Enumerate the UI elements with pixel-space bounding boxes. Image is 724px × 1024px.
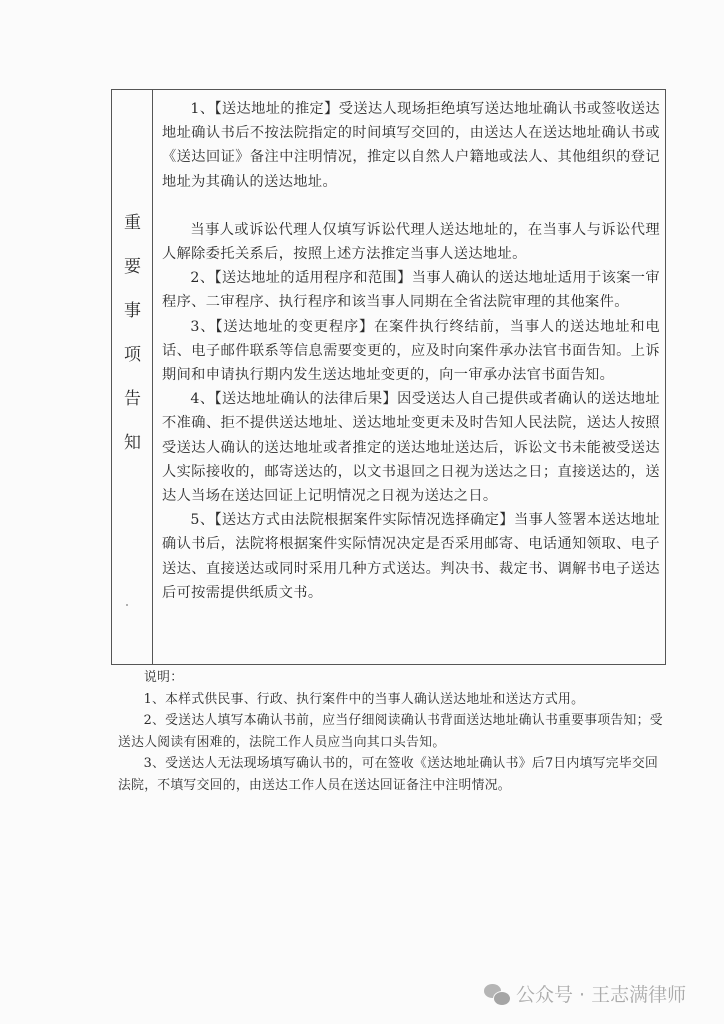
- side-label-char: 告: [112, 384, 153, 409]
- side-label-char: 项: [112, 340, 153, 365]
- scan-speck: [126, 604, 128, 606]
- side-label-char: 事: [112, 296, 153, 321]
- paragraph-change-procedure: 3、【送达地址的变更程序】在案件执行终结前，当事人的送达地址和电话、电子邮件联系…: [162, 315, 660, 388]
- side-label-column: 重 要 事 项 告 知: [112, 90, 153, 664]
- notes-title: 说明：: [118, 667, 663, 689]
- note-item: 2、受送达人填写本确认书前，应当仔细阅读确认书背面送达地址确认书重要事项告知；受…: [118, 710, 663, 753]
- wechat-icon: [484, 984, 510, 1004]
- watermark: 公众号 · 王志满律师: [484, 980, 686, 1007]
- side-label-char: 知: [112, 428, 153, 453]
- paragraph-scope: 2、【送达地址的适用程序和范围】当事人确认的送达地址适用于该案一审程序、二审程序…: [162, 266, 660, 314]
- note-item: 1、本样式供民事、行政、执行案件中的当事人确认送达地址和送达方式用。: [118, 689, 663, 711]
- paragraph-delivery-method: 5、【送达方式由法院根据案件实际情况选择确定】当事人签署本送达地址确认书后，法院…: [162, 508, 660, 605]
- side-label-char: 重: [112, 208, 153, 233]
- paragraph-agent-address: 当事人或诉讼代理人仅填写诉讼代理人送达地址的，在当事人与诉讼代理人解除委托关系后…: [162, 218, 660, 266]
- paragraph-address-presumption: 1、【送达地址的推定】受送达人现场拒绝填写送达地址确认书或签收送达地址确认书后不…: [162, 97, 660, 194]
- watermark-text: 公众号 · 王志满律师: [516, 980, 686, 1007]
- notice-table: 重 要 事 项 告 知 1、【送达地址的推定】受送达人现场拒绝填写送达地址确认书…: [111, 89, 666, 665]
- notice-content: 1、【送达地址的推定】受送达人现场拒绝填写送达地址确认书或签收送达地址确认书后不…: [162, 97, 660, 605]
- side-label-char: 要: [112, 252, 153, 277]
- note-item: 3、受送达人无法现场填写确认书的，可在签收《送达地址确认书》后7日内填写完毕交回…: [118, 753, 663, 796]
- notes-section: 说明： 1、本样式供民事、行政、执行案件中的当事人确认送达地址和送达方式用。 2…: [118, 667, 663, 796]
- paragraph-legal-consequences: 4、【送达地址确认的法律后果】因受送达人自己提供或者确认的送达地址不准确、拒不提…: [162, 387, 660, 508]
